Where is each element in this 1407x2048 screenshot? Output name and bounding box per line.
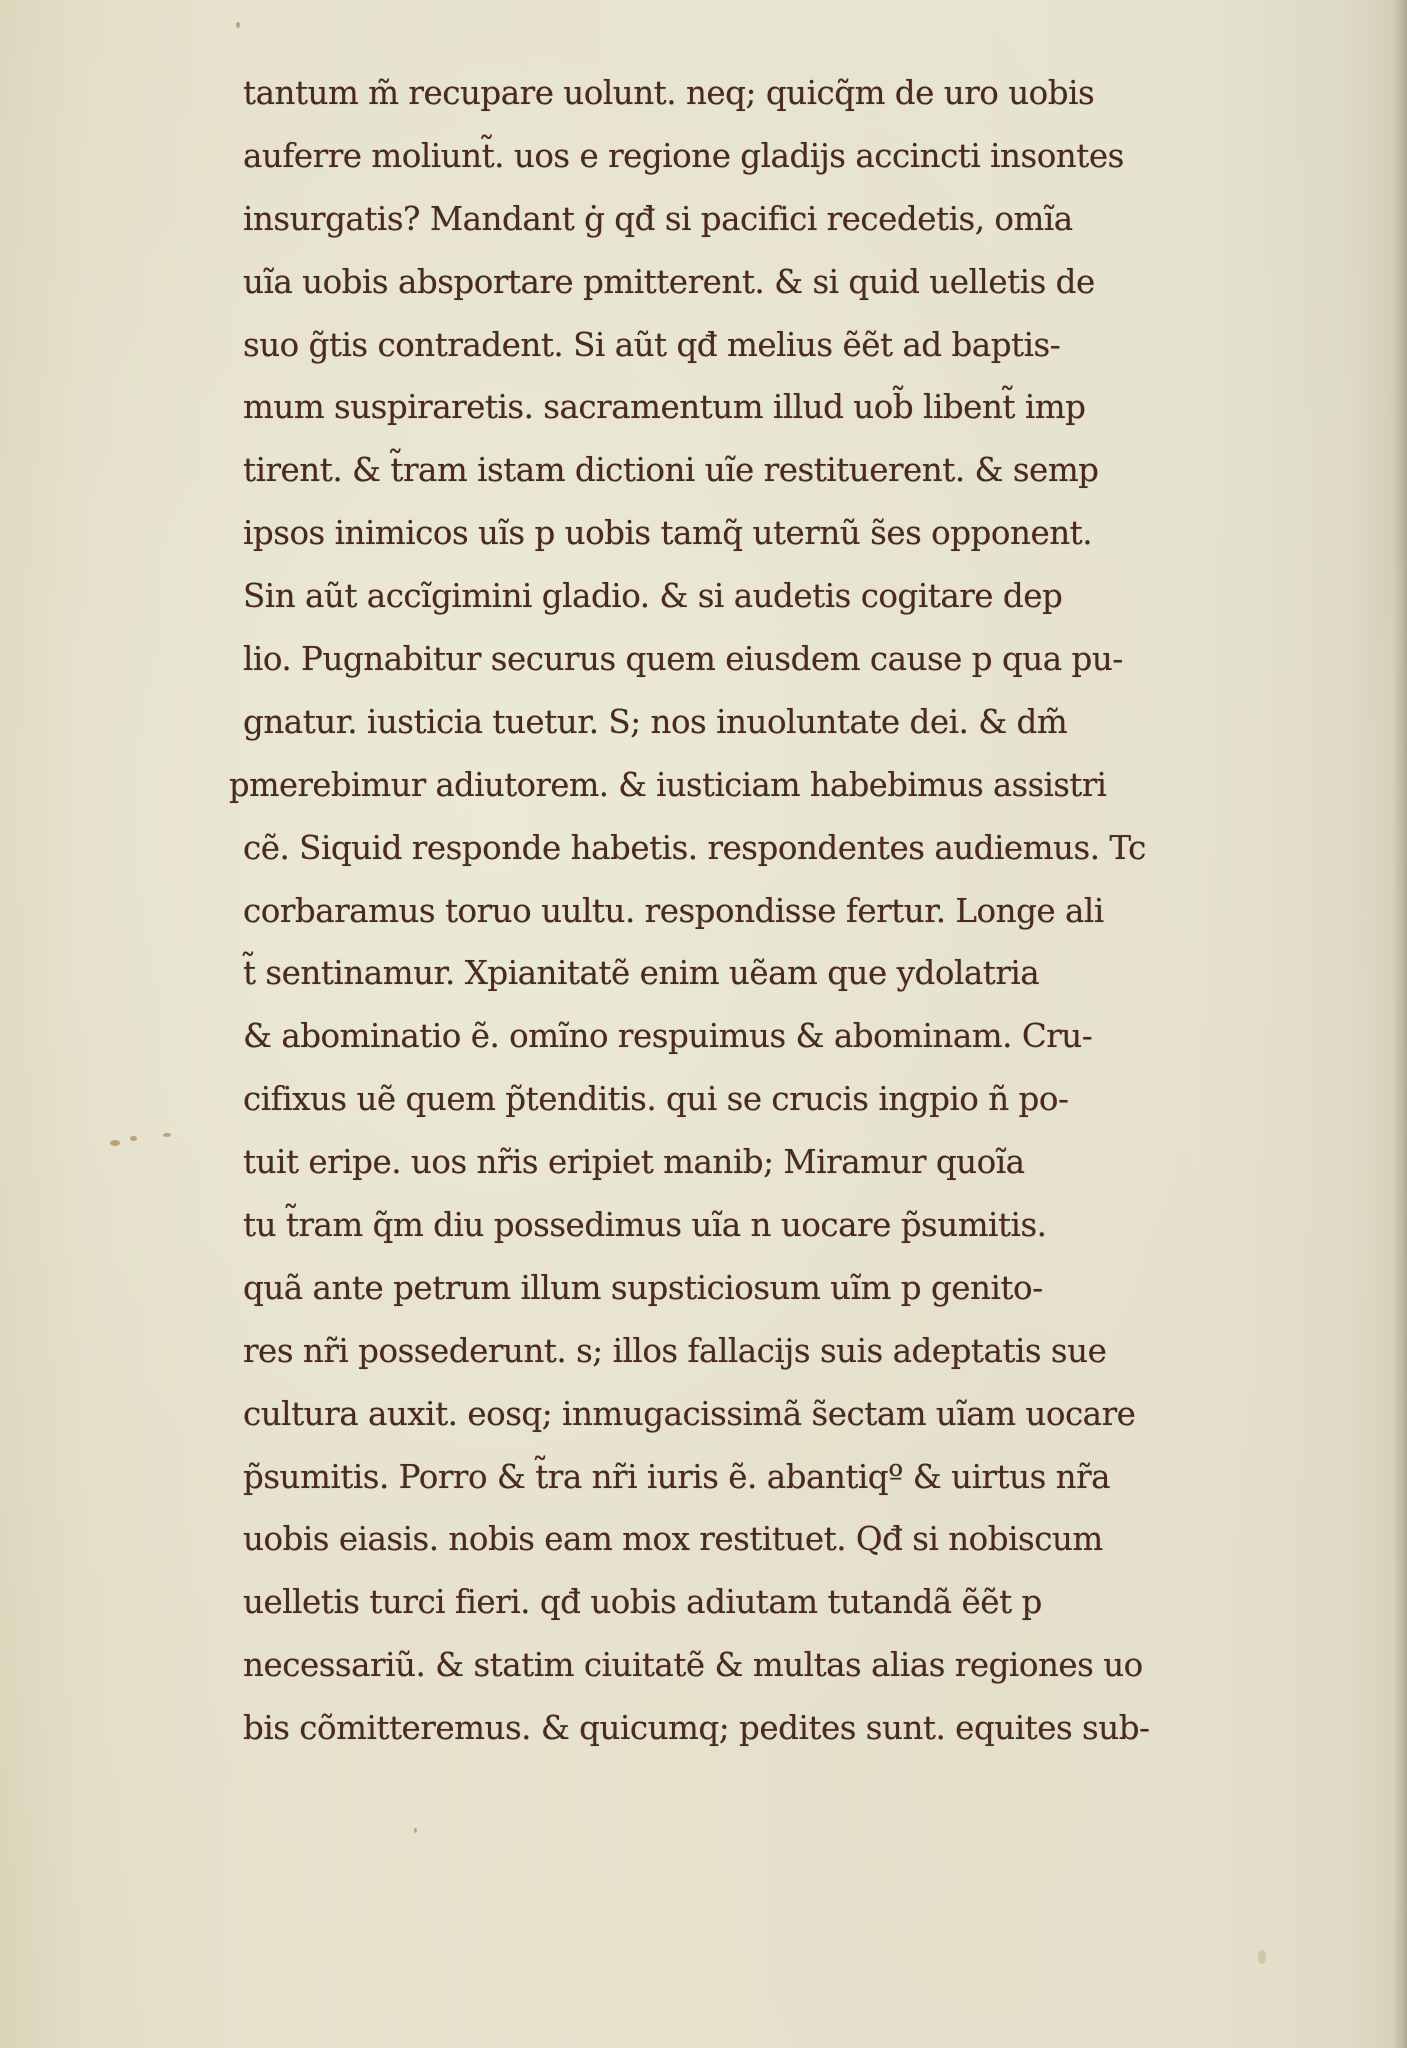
text-line: tantum m̃ recupare uolunt. neq; quicq̃m … xyxy=(243,62,1288,125)
text-line: cẽ. Siquid responde habetis. respondente… xyxy=(243,817,1288,880)
text-line: uĩa uobis absportare pmitterent. & si qu… xyxy=(243,251,1288,314)
manuscript-folio: tantum m̃ recupare uolunt. neq; quicq̃m … xyxy=(0,0,1407,2048)
text-line: pmerebimur adiutorem. & iusticiam habebi… xyxy=(229,754,1274,817)
marginal-stain xyxy=(110,1140,120,1146)
marginal-stain xyxy=(130,1136,137,1141)
text-line: Sin aũt accĩgimini gladio. & si audetis … xyxy=(243,565,1288,628)
text-line: uelletis turci fieri. qđ uobis adiutam t… xyxy=(243,1571,1288,1634)
text-line: & abominatio ẽ. omĩno respuimus & abomin… xyxy=(243,1005,1288,1068)
marginal-stain xyxy=(1258,1950,1266,1964)
ink-speck xyxy=(414,1828,417,1833)
text-line: tu t̃ram q̃m diu possedimus uĩa n uocare… xyxy=(243,1194,1288,1257)
text-line: auferre moliunt̃. uos e regione gladijs … xyxy=(243,125,1288,188)
text-line: t̃ sentinamur. Xpianitatẽ enim uẽam que … xyxy=(243,942,1288,1005)
text-line: necessariũ. & statim ciuitatẽ & multas a… xyxy=(243,1634,1288,1697)
text-line: cultura auxit. eosq; inmugacissimã s̃ect… xyxy=(243,1383,1288,1446)
text-line: quã ante petrum illum supsticiosum uĩm p… xyxy=(243,1257,1288,1320)
text-line: lio. Pugnabitur securus quem eiusdem cau… xyxy=(243,628,1288,691)
ink-speck xyxy=(236,22,240,28)
text-line: bis cõmitteremus. & quicumq; pedites sun… xyxy=(243,1697,1288,1760)
text-line: res nr̃i possederunt. s; illos fallacijs… xyxy=(243,1320,1288,1383)
marginal-stain xyxy=(163,1133,171,1137)
text-column: tantum m̃ recupare uolunt. neq; quicq̃m … xyxy=(243,62,1303,1760)
text-line: mum suspiraretis. sacramentum illud uob̃… xyxy=(243,376,1288,439)
text-line: tirent. & t̃ram istam dictioni uĩe resti… xyxy=(243,439,1288,502)
text-line: ipsos inimicos uĩs p uobis tamq̃ uternũ … xyxy=(243,502,1288,565)
text-line: insurgatis? Mandant ġ qđ si pacifici rec… xyxy=(243,188,1288,251)
text-line: cifixus uẽ quem p̃tenditis. qui se cruci… xyxy=(243,1068,1288,1131)
text-line: corbaramus toruo uultu. respondisse fert… xyxy=(243,880,1288,943)
page-edge xyxy=(1393,0,1407,2048)
text-line: p̃sumitis. Porro & t̃ra nr̃i iuris ẽ. ab… xyxy=(243,1446,1288,1509)
text-line: tuit eripe. uos nr̃is eripiet manib; Mir… xyxy=(243,1131,1288,1194)
text-line: uobis eiasis. nobis eam mox restituet. Q… xyxy=(243,1508,1288,1571)
text-line: gnatur. iusticia tuetur. S; nos inuolunt… xyxy=(243,691,1288,754)
text-line: suo g̃tis contradent. Si aũt qđ melius ẽ… xyxy=(243,314,1288,377)
